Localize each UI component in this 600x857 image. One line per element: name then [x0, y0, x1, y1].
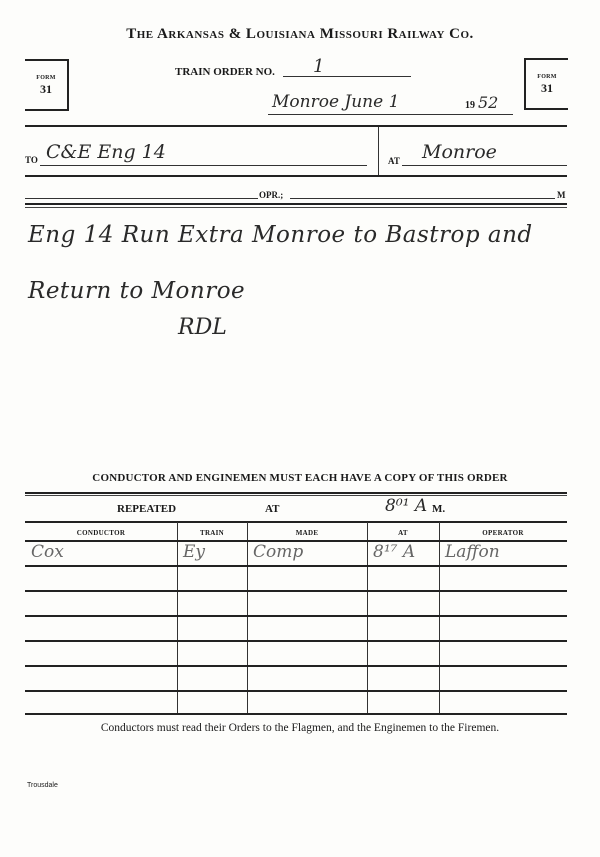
train-order-label: TRAIN ORDER NO.	[175, 66, 275, 78]
year-suffix: 52	[478, 93, 498, 112]
footer-instruction: Conductors must read their Orders to the…	[0, 722, 600, 734]
table-cell-conductor[interactable]: Cox	[31, 542, 64, 562]
year-prefix: 19	[465, 100, 475, 111]
divider	[25, 492, 567, 494]
table-cell-made[interactable]: Comp	[253, 542, 303, 562]
copy-notice: CONDUCTOR AND ENGINEMEN MUST EACH HAVE A…	[0, 472, 600, 484]
table-row	[25, 690, 567, 715]
acknowledgement-table: CONDUCTORTRAINMADEATOPERATORCoxEyComp8¹⁷…	[25, 522, 567, 715]
table-cell-operator[interactable]: Laffon	[445, 542, 500, 562]
divider	[25, 125, 567, 127]
table-row	[25, 665, 567, 690]
order-body-line-1: Eng 14 Run Extra Monroe to Bastrop and	[28, 222, 533, 248]
column-header-conductor: CONDUCTOR	[25, 529, 177, 537]
table-row	[25, 590, 567, 615]
divider	[25, 207, 567, 208]
divider	[25, 713, 567, 715]
form-label: FORM	[25, 75, 67, 81]
order-body-line-2: Return to Monroe	[28, 278, 245, 304]
to-at-separator	[378, 127, 379, 175]
train-order-number-field[interactable]: 1	[283, 62, 411, 77]
m-label: M	[557, 190, 566, 200]
at-label: AT	[388, 156, 400, 166]
column-header-made: MADE	[247, 529, 367, 537]
to-field[interactable]: C&E Eng 14	[40, 145, 367, 166]
form-number-box-right: FORM 31	[524, 58, 568, 110]
column-header-train: TRAIN	[177, 529, 247, 537]
repeated-time-value: 8⁰¹ A	[385, 496, 427, 516]
to-value: C&E Eng 14	[46, 141, 166, 163]
column-header-at: AT	[367, 529, 439, 537]
form-number: 31	[25, 82, 67, 97]
column-header-operator: OPERATOR	[439, 529, 567, 537]
form-label: FORM	[526, 74, 568, 80]
table-row	[25, 615, 567, 640]
table-cell-at[interactable]: 8¹⁷ A	[373, 542, 415, 562]
repeated-m-label: M.	[432, 503, 445, 515]
divider	[25, 495, 567, 496]
table-row	[25, 565, 567, 590]
form-number-box-left: FORM 31	[25, 59, 69, 111]
railway-company-title: The Arkansas & Louisiana Missouri Railwa…	[0, 26, 600, 43]
table-row	[25, 640, 567, 665]
divider	[25, 175, 567, 177]
at-field[interactable]: Monroe	[402, 145, 567, 166]
opr-left-field[interactable]	[25, 188, 258, 199]
place-date-value: Monroe June 1	[272, 92, 399, 112]
printer-name: Trousdale	[27, 782, 58, 789]
repeated-at-label: AT	[265, 503, 279, 515]
place-date-field[interactable]: Monroe June 1 19 52	[268, 92, 513, 115]
dispatcher-initials: RDL	[178, 315, 227, 340]
at-value: Monroe	[422, 141, 497, 163]
divider	[25, 203, 567, 205]
form-number: 31	[526, 81, 568, 96]
opr-label: OPR.;	[259, 190, 283, 200]
train-order-number: 1	[313, 56, 324, 77]
opr-right-field[interactable]	[290, 188, 555, 199]
to-label: TO	[25, 155, 38, 165]
repeated-label: REPEATED	[117, 503, 176, 515]
table-row: CoxEyComp8¹⁷ ALaffon	[25, 540, 567, 565]
table-cell-train[interactable]: Ey	[183, 542, 205, 562]
